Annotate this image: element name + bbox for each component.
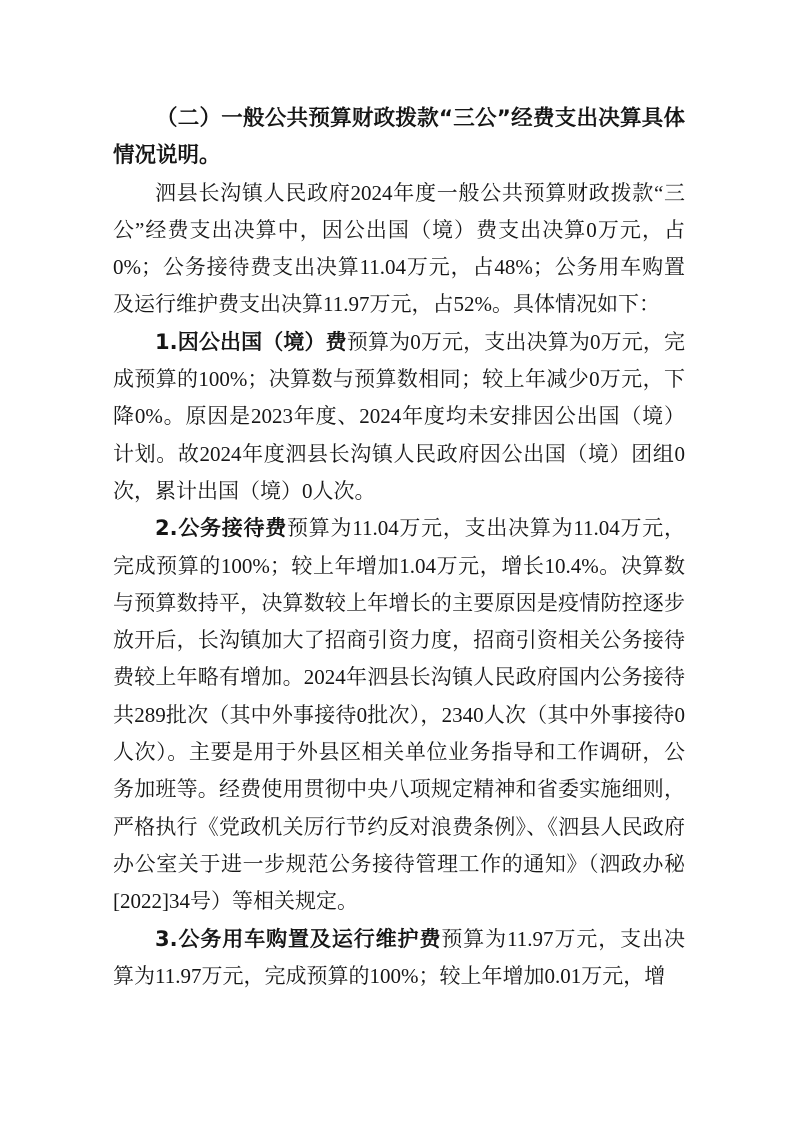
paragraph-outbound-visits-text: 预算为0万元，支出决算为0万元，完成预算的100%；决算数与预算数相同；较上年减… [113,330,685,503]
paragraph-outbound-visits-label: 1.因公出国（境）费 [155,330,347,354]
paragraph-overview-text: 泗县长沟镇人民政府2024年度一般公共预算财政拨款“三公”经费支出决算中，因公出… [113,181,685,317]
paragraph-vehicle-expenses-label: 3.公务用车购置及运行维护费 [155,927,441,951]
paragraph-vehicle-expenses: 3.公务用车购置及运行维护费预算为11.97万元，支出决算为11.97万元，完成… [113,921,685,996]
paragraph-official-reception-text: 预算为11.04万元，支出决算为11.04万元，完成预算的100%；较上年增加1… [113,516,685,913]
paragraph-official-reception: 2.公务接待费预算为11.04万元，支出决算为11.04万元，完成预算的100%… [113,510,685,920]
document-body: （二）一般公共预算财政拨款“三公”经费支出决算具体情况说明。 泗县长沟镇人民政府… [113,100,685,995]
paragraph-official-reception-label: 2.公务接待费 [155,516,287,540]
document-page: （二）一般公共预算财政拨款“三公”经费支出决算具体情况说明。 泗县长沟镇人民政府… [0,0,793,1122]
section-heading: （二）一般公共预算财政拨款“三公”经费支出决算具体情况说明。 [113,100,685,175]
paragraph-overview: 泗县长沟镇人民政府2024年度一般公共预算财政拨款“三公”经费支出决算中，因公出… [113,175,685,324]
paragraph-outbound-visits: 1.因公出国（境）费预算为0万元，支出决算为0万元，完成预算的100%；决算数与… [113,324,685,510]
